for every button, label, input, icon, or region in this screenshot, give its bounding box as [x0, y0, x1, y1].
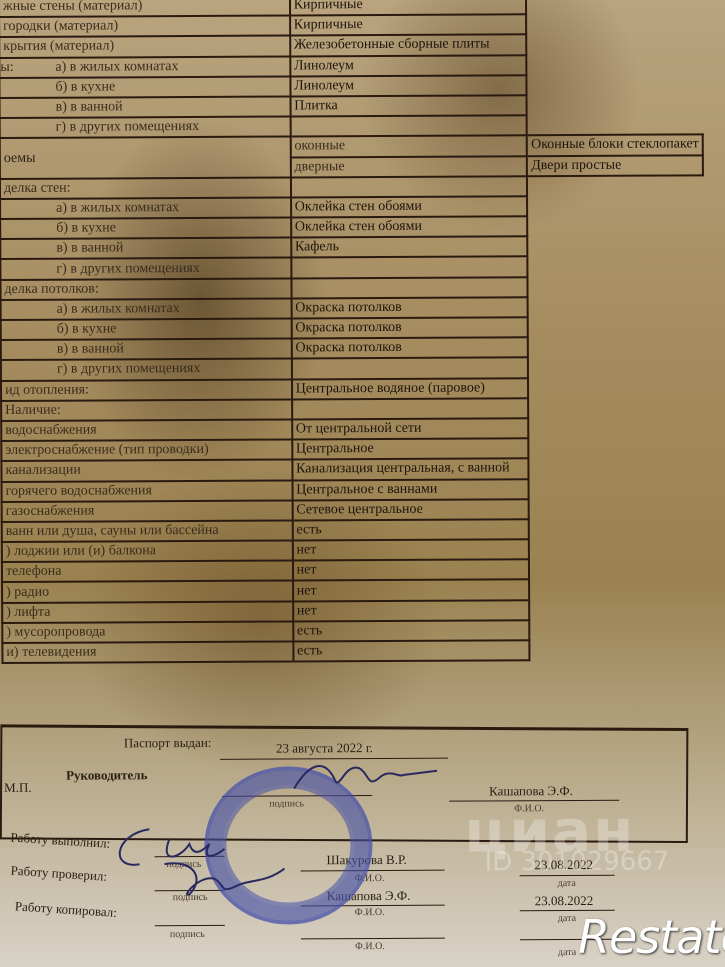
table-row: газоснабженияСетевое центральное	[2, 498, 705, 522]
table-row: г) в других помещениях	[0, 256, 703, 280]
row-label: ) лифта	[2, 601, 293, 623]
row-value: Кирпичные	[290, 14, 527, 35]
row-label: ванн или душа, сауны или бассейна	[2, 520, 293, 542]
table-row: делка потолков:	[0, 276, 703, 300]
row-label: в) в ванной	[0, 238, 291, 260]
table-row: б) в кухнеОкраска потолков	[1, 316, 704, 340]
row-label: канализации	[1, 460, 292, 482]
row-label: а) в жилых комнатах	[1, 298, 292, 320]
table-row: и) телевиденияесть	[2, 639, 705, 663]
table-row: ) лоджии или (и) балконанет	[2, 538, 705, 562]
checked-fio-caption: Ф.И.О.	[355, 907, 385, 918]
checked-date-caption: дата	[558, 913, 576, 924]
row-value: Линолеум	[290, 55, 527, 76]
row-label: и) телевидения	[2, 641, 293, 663]
row-label: г) в других помещениях	[0, 258, 291, 280]
row-label: дверные	[290, 156, 527, 177]
table-row: а) в жилых комнатахОкраска потолков	[1, 296, 704, 320]
openings-group-label: оемы	[0, 137, 291, 179]
row-label-text: а) в жилых комнатах	[55, 59, 178, 75]
copied-name-line	[301, 938, 445, 940]
checked-label: Работу проверил:	[10, 863, 107, 885]
row-label: электроснабжение (тип проводки)	[1, 440, 292, 462]
row-value: Кирпичные	[290, 0, 527, 16]
row-value: Линолеум	[290, 75, 527, 96]
copied-label: Работу копировал:	[14, 898, 117, 921]
row-value: Железобетонные сборные плиты	[290, 35, 527, 56]
row-label: ид отопления:	[1, 379, 292, 401]
row-label: делка стен:	[0, 177, 291, 199]
specification-table: жные стены (материал)Кирпичныегородки (м…	[0, 0, 706, 664]
table-row: в) в ваннойПлитка	[0, 94, 703, 118]
row-label: газоснабжения	[2, 500, 293, 522]
copied-date-caption: дата	[558, 947, 576, 958]
table-row: в) в ваннойКафель	[0, 236, 703, 260]
row-value: нет	[293, 580, 530, 601]
performed-date-caption: дата	[558, 878, 576, 889]
table-row: крытия (материал)Железобетонные сборные …	[0, 34, 702, 58]
row-label: городки (материал)	[0, 16, 290, 38]
row-value	[291, 277, 528, 298]
table-row: ид отопления:Центральное водяное (парово…	[1, 377, 704, 401]
row-label: в) в ванной	[0, 96, 290, 118]
table-row: б) в кухнеОклейка стен обоями	[0, 215, 703, 239]
row-value: Центральное	[292, 438, 529, 459]
row-value	[292, 398, 529, 419]
row-value: Центральное водяное (паровое)	[292, 378, 529, 399]
row-label: крытия (материал)	[0, 36, 290, 58]
row-value: нет	[292, 539, 529, 560]
row-label: б) в кухне	[0, 218, 291, 240]
row-value: есть	[292, 519, 529, 540]
table-row: ванн или душа, сауны или бассейнаесть	[2, 518, 705, 542]
row-value: Двери простые	[527, 155, 703, 176]
row-label: Наличие:	[1, 399, 292, 421]
table-row: телефонанет	[2, 559, 705, 583]
row-label: водоснабжения	[1, 419, 292, 441]
copied-fio-caption: Ф.И.О.	[355, 941, 385, 952]
checked-date: 23.08.2022	[535, 893, 594, 909]
row-value	[290, 115, 527, 136]
row-label: г) в других помещениях	[1, 359, 292, 381]
row-label: жные стены (материал)	[0, 0, 290, 17]
table-row: б) в кухнеЛинолеум	[0, 74, 703, 98]
table-row: в) в ваннойОкраска потолков	[1, 337, 704, 361]
row-label: оконные	[290, 136, 527, 157]
row-label: ) мусоропровода	[2, 621, 293, 643]
row-label: горячего водоснабжения	[2, 480, 293, 502]
row-value: Центральное с ваннами	[292, 479, 529, 500]
head-signature	[289, 753, 439, 804]
row-value: есть	[293, 640, 530, 661]
table-row: ) радионет	[2, 579, 705, 603]
row-label-prefix: ы:	[0, 58, 35, 76]
row-value: Канализация центральная, с ванной	[292, 459, 529, 480]
row-label: делка потолков:	[0, 278, 291, 300]
stamp-place-label: М.П.	[4, 780, 32, 796]
row-label: а) в жилых комнатах	[0, 197, 291, 219]
row-value: Окраска потолков	[291, 337, 528, 358]
cian-id-watermark: ID 301029667	[484, 847, 669, 878]
table-row: ) мусоропроводаесть	[2, 619, 705, 643]
row-label: ) радио	[2, 581, 293, 603]
row-label: ) лоджии или (и) балкона	[2, 541, 293, 563]
row-value: Оконные блоки стеклопакет	[527, 135, 703, 156]
row-value: есть	[293, 620, 530, 641]
table-row: водоснабженияОт центральной сети	[1, 417, 704, 441]
row-value: Плитка	[290, 95, 527, 116]
row-label: б) в кухне	[0, 76, 290, 98]
checked-signature	[155, 858, 295, 899]
row-value	[291, 176, 528, 197]
row-value	[291, 257, 528, 278]
passport-issued-label: Паспорт выдан:	[124, 735, 212, 751]
row-value	[292, 358, 529, 379]
table-row: делка стен:	[0, 175, 703, 199]
row-value: Кафель	[291, 236, 528, 257]
row-label: ы:а) в жилых комнатах	[0, 56, 290, 78]
row-value: нет	[293, 600, 530, 621]
copied-signature-caption: подпись	[170, 929, 205, 940]
row-value: Оклейка стен обоями	[291, 216, 528, 237]
table-row: городки (материал)Кирпичные	[0, 14, 702, 38]
table-row: горячего водоснабженияЦентральное с ванн…	[2, 478, 705, 502]
copied-signature-line	[155, 925, 225, 926]
row-label: в) в ванной	[1, 339, 292, 361]
table-row: ы:а) в жилых комнатахЛинолеум	[0, 54, 702, 78]
row-label: г) в других помещениях	[0, 117, 290, 139]
table-row: г) в других помещениях	[1, 357, 704, 381]
row-value: нет	[293, 559, 530, 580]
table-row: электроснабжение (тип проводки)Центральн…	[1, 437, 704, 461]
row-value: Окраска потолков	[291, 297, 528, 318]
table-row: канализацииКанализация центральная, с ва…	[1, 458, 704, 482]
restate-logo: Restate	[578, 910, 725, 964]
table-row: ) лифтанет	[2, 599, 705, 623]
head-label: Руководитель	[66, 767, 147, 783]
document-page: жные стены (материал)Кирпичныегородки (м…	[0, 0, 725, 967]
row-value: Окраска потолков	[291, 317, 528, 338]
table-row: Наличие:	[1, 397, 704, 421]
row-label: б) в кухне	[1, 318, 292, 340]
row-label: телефона	[2, 561, 293, 583]
row-value: От центральной сети	[292, 418, 529, 439]
row-value: Сетевое центральное	[292, 499, 529, 520]
row-value: Оклейка стен обоями	[291, 196, 528, 217]
table-row: а) в жилых комнатахОклейка стен обоями	[0, 195, 703, 219]
